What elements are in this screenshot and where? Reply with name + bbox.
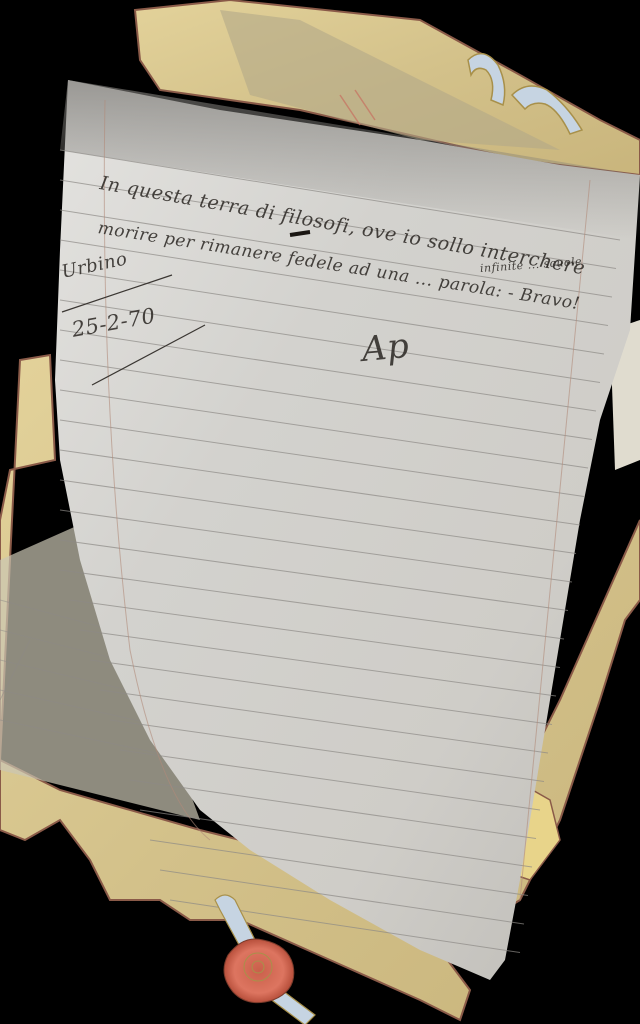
scene: In questa terra di filosofi, ove io soll… <box>0 0 640 1024</box>
signature: Ap <box>360 326 411 370</box>
wax-seal <box>224 939 294 1003</box>
parchment-background <box>0 0 640 1024</box>
